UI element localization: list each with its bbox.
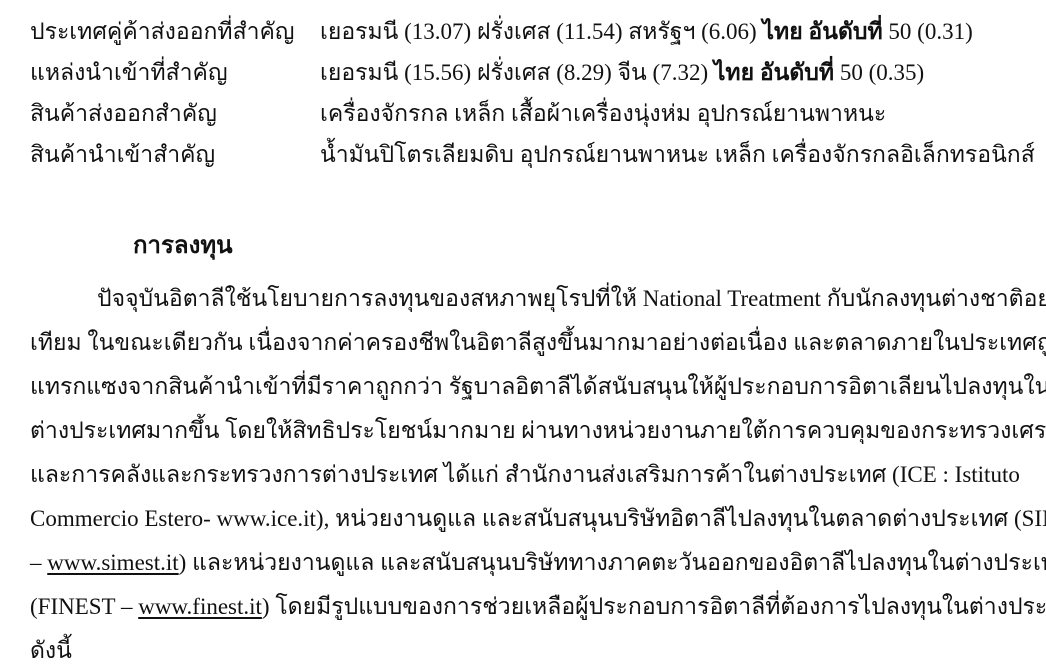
text-segment: 50 (0.31): [883, 19, 973, 44]
text-segment: ไทย อันดับที่: [714, 60, 834, 85]
info-row-label: แหล่งนำเข้าที่สำคัญ: [30, 55, 320, 91]
paragraph-line: แทรกแซงจากสินค้านำเข้าที่มีราคาถูกกว่า ร…: [30, 365, 1016, 409]
info-row: ประเทศคู่ค้าส่งออกที่สำคัญเยอรมนี (13.07…: [30, 14, 1016, 55]
text-segment: เทียม ในขณะเดียวกัน เนื่องจากค่าครองชีพใ…: [30, 330, 1046, 355]
text-segment: เครื่องจักรกล เหล็ก เสื้อผ้าเครื่องนุ่งห…: [320, 101, 886, 126]
info-row-value: เครื่องจักรกล เหล็ก เสื้อผ้าเครื่องนุ่งห…: [320, 96, 1016, 132]
text-segment: และการคลังและกระทรวงการต่างประเทศ ได้แก่…: [30, 462, 1020, 487]
info-row: แหล่งนำเข้าที่สำคัญเยอรมนี (15.56) ฝรั่ง…: [30, 55, 1016, 96]
paragraph-line: Commercio Estero- www.ice.it), หน่วยงานด…: [30, 497, 1016, 541]
paragraph-line: – www.simest.it) และหน่วยงานดูแล และสนับ…: [30, 541, 1016, 585]
info-row-label: สินค้าส่งออกสำคัญ: [30, 96, 320, 132]
paragraph-line: และการคลังและกระทรวงการต่างประเทศ ได้แก่…: [30, 453, 1016, 497]
text-segment: 50 (0.35): [834, 60, 924, 85]
text-segment: ดังนี้: [30, 638, 72, 663]
text-segment: เยอรมนี (13.07) ฝรั่งเศส (11.54) สหรัฐฯ …: [320, 19, 762, 44]
text-segment: (FINEST –: [30, 594, 138, 619]
link-finest[interactable]: www.finest.it: [138, 594, 262, 619]
text-segment: ปัจจุบันอิตาลีใช้นโยบายการลงทุนของสหภาพย…: [97, 286, 1046, 311]
info-row: สินค้านำเข้าสำคัญน้ำมันปิโตรเลียมดิบ อุป…: [30, 137, 1016, 178]
investment-section-heading: การลงทุน: [133, 224, 1016, 268]
text-segment: น้ำมันปิโตรเลียมดิบ อุปกรณ์ยานพาหนะ เหล็…: [320, 142, 1035, 167]
link-simest[interactable]: www.simest.it: [47, 550, 178, 575]
investment-paragraph: ปัจจุบันอิตาลีใช้นโยบายการลงทุนของสหภาพย…: [30, 277, 1016, 670]
paragraph-line: (FINEST – www.finest.it) โดยมีรูปแบบของก…: [30, 585, 1016, 629]
info-row-value: น้ำมันปิโตรเลียมดิบ อุปกรณ์ยานพาหนะ เหล็…: [320, 137, 1035, 173]
paragraph-line: ปัจจุบันอิตาลีใช้นโยบายการลงทุนของสหภาพย…: [30, 277, 1016, 321]
paragraph-line: เทียม ในขณะเดียวกัน เนื่องจากค่าครองชีพใ…: [30, 321, 1016, 365]
text-segment: ) และหน่วยงานดูแล และสนับสนุนบริษัททางภา…: [179, 550, 1046, 575]
text-segment: ต่างประเทศมากขึ้น โดยให้สิทธิประโยชน์มาก…: [30, 418, 1046, 443]
paragraph-line: ดังนี้: [30, 629, 1016, 670]
info-row-label: ประเทศคู่ค้าส่งออกที่สำคัญ: [30, 14, 320, 50]
text-segment: ) โดยมีรูปแบบของการช่วยเหลือผู้ประกอบการ…: [262, 594, 1046, 619]
info-row-label: สินค้านำเข้าสำคัญ: [30, 137, 320, 173]
paragraph-line: ต่างประเทศมากขึ้น โดยให้สิทธิประโยชน์มาก…: [30, 409, 1016, 453]
text-segment: แทรกแซงจากสินค้านำเข้าที่มีราคาถูกกว่า ร…: [30, 374, 1046, 399]
info-row-value: เยอรมนี (15.56) ฝรั่งเศส (8.29) จีน (7.3…: [320, 55, 1016, 91]
trade-info-table: ประเทศคู่ค้าส่งออกที่สำคัญเยอรมนี (13.07…: [30, 14, 1016, 178]
document-page: ประเทศคู่ค้าส่งออกที่สำคัญเยอรมนี (13.07…: [0, 0, 1046, 670]
text-segment: เยอรมนี (15.56) ฝรั่งเศส (8.29) จีน (7.3…: [320, 60, 714, 85]
text-segment: ไทย อันดับที่: [762, 19, 882, 44]
text-segment: –: [30, 550, 47, 575]
text-segment: Commercio Estero- www.ice.it), หน่วยงานด…: [30, 506, 1046, 531]
info-row: สินค้าส่งออกสำคัญเครื่องจักรกล เหล็ก เสื…: [30, 96, 1016, 137]
info-row-value: เยอรมนี (13.07) ฝรั่งเศส (11.54) สหรัฐฯ …: [320, 14, 1016, 50]
